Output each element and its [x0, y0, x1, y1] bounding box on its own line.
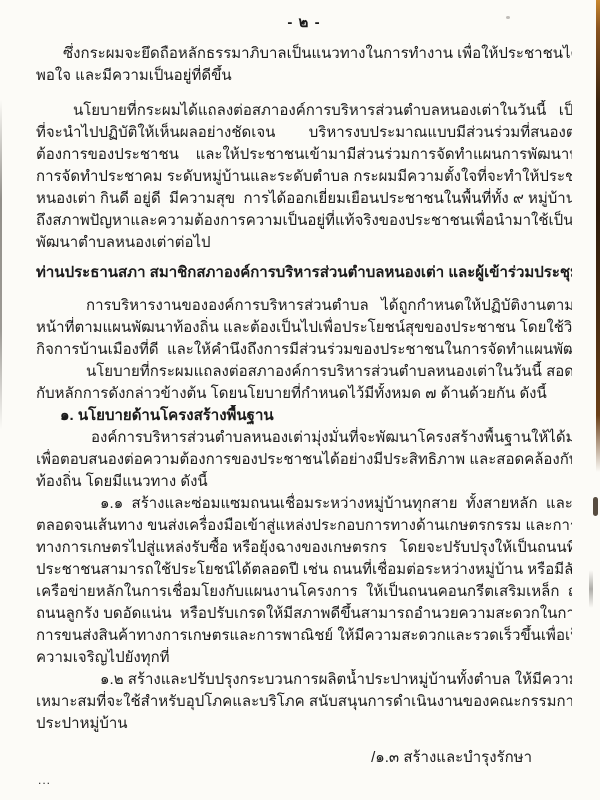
item-1-1-line: ทางการเกษตรไปสู่แหล่งรับซื้อ หรือยุ้งฉาง…: [36, 537, 572, 559]
text-line: หนองเต่า กินดี อยู่ดี มีความสุข การได้ออ…: [36, 188, 572, 210]
address-heading: ท่านประธานสภา สมาชิกสภาองค์การบริหารส่วน…: [36, 262, 572, 284]
text-line: หน้าที่ตามแผนพัฒนาท้องถิ่น และต้องเป็นไป…: [36, 317, 572, 339]
text-line: ถึงสภาพปัญหาและความต้องการความเป็นอยู่ที…: [36, 210, 572, 232]
item-1-1-line: ประชาชนสามารถใช้ประโยชน์ได้ตลอดปี เช่น ถ…: [36, 559, 572, 581]
item-1-1-line: ความเจริญไปยังทุกที่: [36, 647, 572, 669]
text-line: นโยบายที่กระผมได้แถลงต่อสภาองค์การบริหาร…: [36, 100, 572, 122]
item-1-2-line: เหมาะสมที่จะใช้สำหรับอุปโภคและบริโภค สนั…: [36, 691, 572, 713]
scan-speck: [506, 16, 510, 19]
text-line: การจัดทำประชาคม ระดับหมู่บ้านและระดับตำบ…: [36, 166, 572, 188]
text-line: ซึ่งกระผมจะยึดถือหลักธรรมาภิบาลเป็นแนวทา…: [36, 43, 572, 65]
text-line: พอใจ และมีความเป็นอยู่ที่ดีขึ้น: [36, 65, 572, 87]
scan-smudge: [589, 570, 593, 608]
text-line: กับหลักการดังกล่าวข้างต้น โดยนโยบายที่กำ…: [36, 383, 572, 405]
scan-left-edge-artifact: [0, 100, 2, 430]
heading-line: ท่านประธานสภา สมาชิกสภาองค์การบริหารส่วน…: [36, 262, 572, 284]
item-1-2-line: ประปาหมู่บ้าน: [36, 713, 572, 735]
text-line: พัฒนาตำบลหนองเต่าต่อไป: [36, 232, 572, 254]
item-1-1-line: เครือข่ายหลักในการเชื่อมโยงกับแผนงานโครง…: [36, 581, 572, 603]
policy-statement-paragraph: นโยบายที่กระผมได้แถลงต่อสภาองค์การบริหาร…: [36, 100, 572, 254]
text-line: ต้องการของประชาชน และให้ประชาชนเข้ามามีส…: [36, 144, 572, 166]
policy-alignment-paragraph: นโยบายที่กระผมแถลงต่อสภาองค์การบริหารส่ว…: [36, 361, 572, 405]
item-1-1-line: ถนนลูกรัง บดอัดแน่น หรือปรับเกรดให้มีสภา…: [36, 603, 572, 625]
text-line: ที่จะนำไปปฏิบัติให้เห็นผลอย่างชัดเจน บริ…: [36, 122, 572, 144]
text-line: องค์การบริหารส่วนตำบลหนองเต่ามุ่งมั่นที่…: [36, 427, 572, 449]
document-content: - ๒ - ซึ่งกระผมจะยึดถือหลักธรรมาภิบาลเป็…: [0, 0, 600, 791]
intro-paragraph: ซึ่งกระผมจะยึดถือหลักธรรมาภิบาลเป็นแนวทา…: [36, 43, 572, 87]
item-1-1-line: ตลอดจนเส้นทาง ขนส่งเครื่องมือเข้าสู่แหล่…: [36, 515, 572, 537]
text-line: เพื่อตอบสนองต่อความต้องการของประชาชนได้อ…: [36, 449, 572, 471]
text-line: ท้องถิ่น โดยมีแนวทาง ดังนี้: [36, 471, 572, 493]
page-number: - ๒ -: [36, 12, 572, 34]
text-line: นโยบายที่กระผมแถลงต่อสภาองค์การบริหารส่ว…: [36, 361, 572, 383]
section-1: ๑. นโยบายด้านโครงสร้างพื้นฐาน องค์การบริ…: [36, 405, 572, 735]
item-1-1-line: การขนส่งสินค้าทางการเกษตรและการพาณิชย์ ใ…: [36, 625, 572, 647]
page-continuation-note: /๑.๓ สร้างและบำรุงรักษา: [36, 747, 572, 769]
text-line: การบริหารงานขององค์การบริหารส่วนตำบล ได้…: [36, 295, 572, 317]
text-line: กิจการบ้านเมืองที่ดี และให้คำนึงถึงการมี…: [36, 339, 572, 361]
item-1-1-line: ๑.๑ สร้างและซ่อมแซมถนนเชื่อมระหว่างหมู่บ…: [36, 493, 572, 515]
administration-paragraph: การบริหารงานขององค์การบริหารส่วนตำบล ได้…: [36, 295, 572, 361]
scanned-document-page: - ๒ - ซึ่งกระผมจะยึดถือหลักธรรมาภิบาลเป็…: [0, 0, 600, 800]
trailing-marks: ...: [36, 769, 572, 791]
scan-edge-blob: [593, 497, 598, 516]
section-1-heading: ๑. นโยบายด้านโครงสร้างพื้นฐาน: [36, 405, 572, 427]
scan-edge-stripe: [596, 0, 600, 472]
item-1-2-line: ๑.๒ สร้างและปรับปรุงกระบวนการผลิตน้ำประป…: [36, 669, 572, 691]
